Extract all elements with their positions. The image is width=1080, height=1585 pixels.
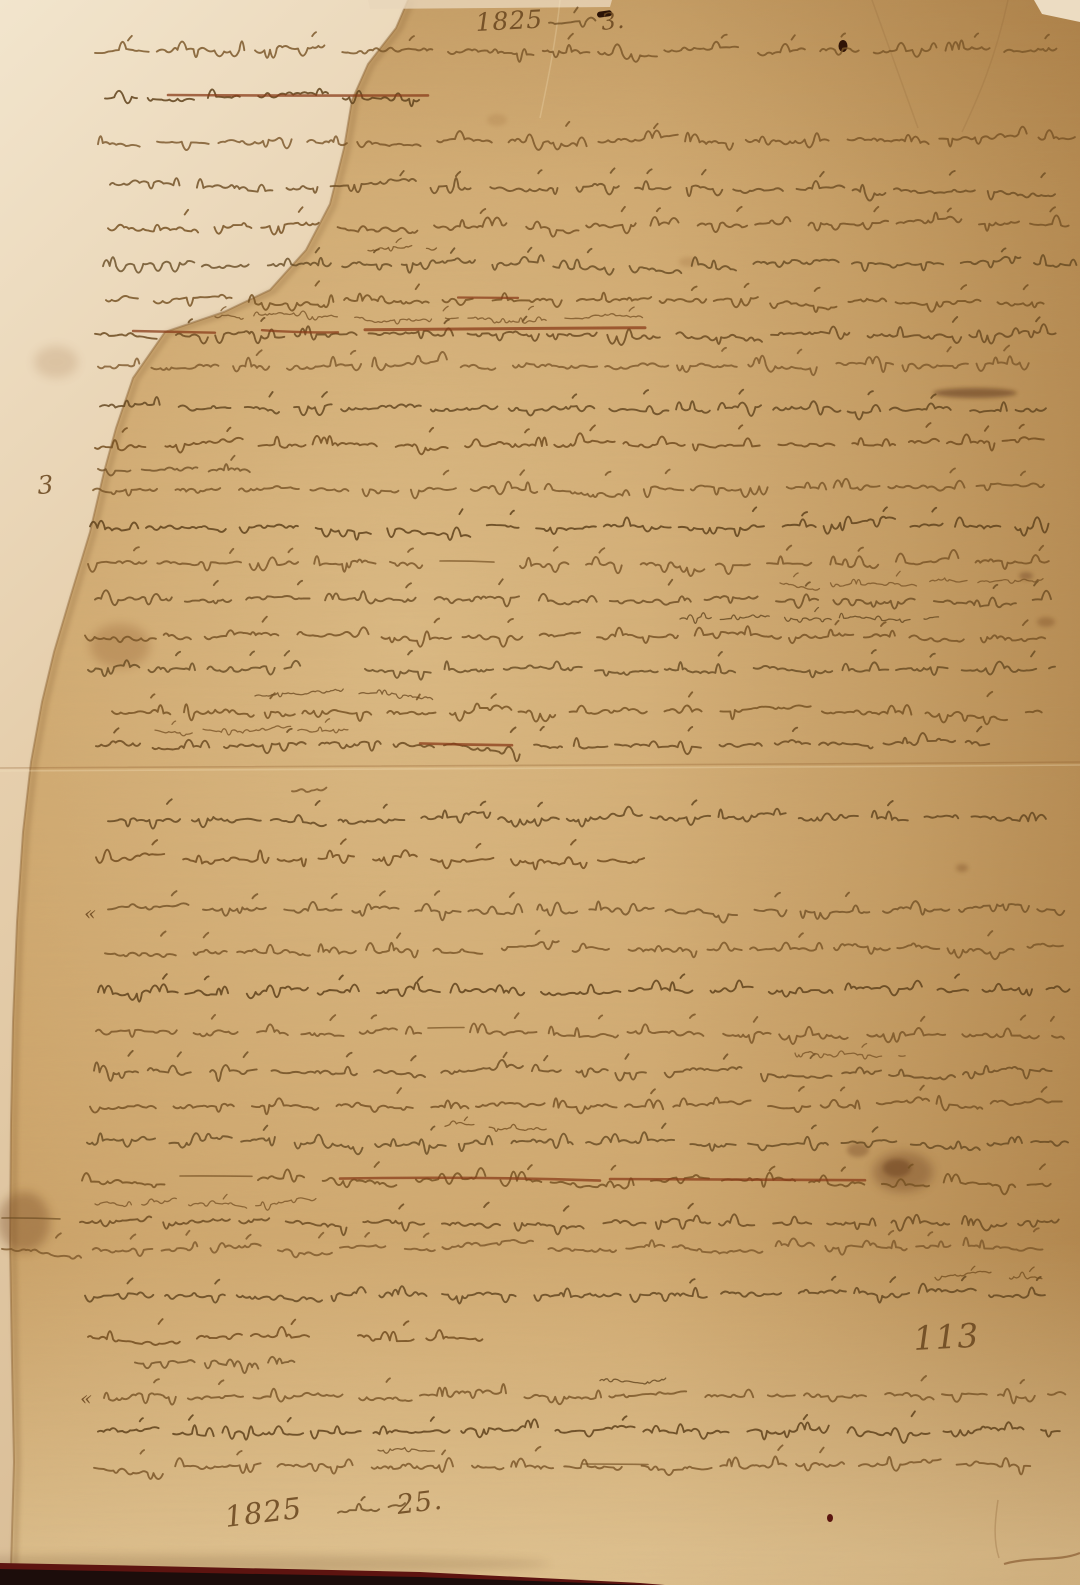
handwriting-stroke <box>2 1218 60 1219</box>
handwriting-stroke <box>365 328 645 330</box>
handwriting-stroke <box>583 1464 648 1465</box>
header-date-year: 1825 <box>475 4 544 36</box>
open-quote-icon: « <box>80 1386 93 1410</box>
header-date-day: 3. <box>600 8 627 36</box>
handwriting-stroke <box>610 1179 865 1180</box>
manuscript-canvas: 1825 3. 3 113 1825 25. « « <box>0 0 1080 1585</box>
footer-date-day: 25. <box>394 1485 444 1521</box>
ink-blot <box>827 1514 833 1522</box>
handwriting-stroke <box>428 1028 464 1029</box>
manuscript-photo: 1825 3. 3 113 1825 25. « « <box>0 0 1080 1585</box>
handwriting-stroke <box>133 331 215 333</box>
margin-number: 3 <box>36 470 55 500</box>
page-number: 113 <box>912 1316 980 1358</box>
handwriting-stroke <box>168 95 428 96</box>
open-quote-icon: « <box>84 901 97 925</box>
ink-smear <box>933 388 1017 398</box>
